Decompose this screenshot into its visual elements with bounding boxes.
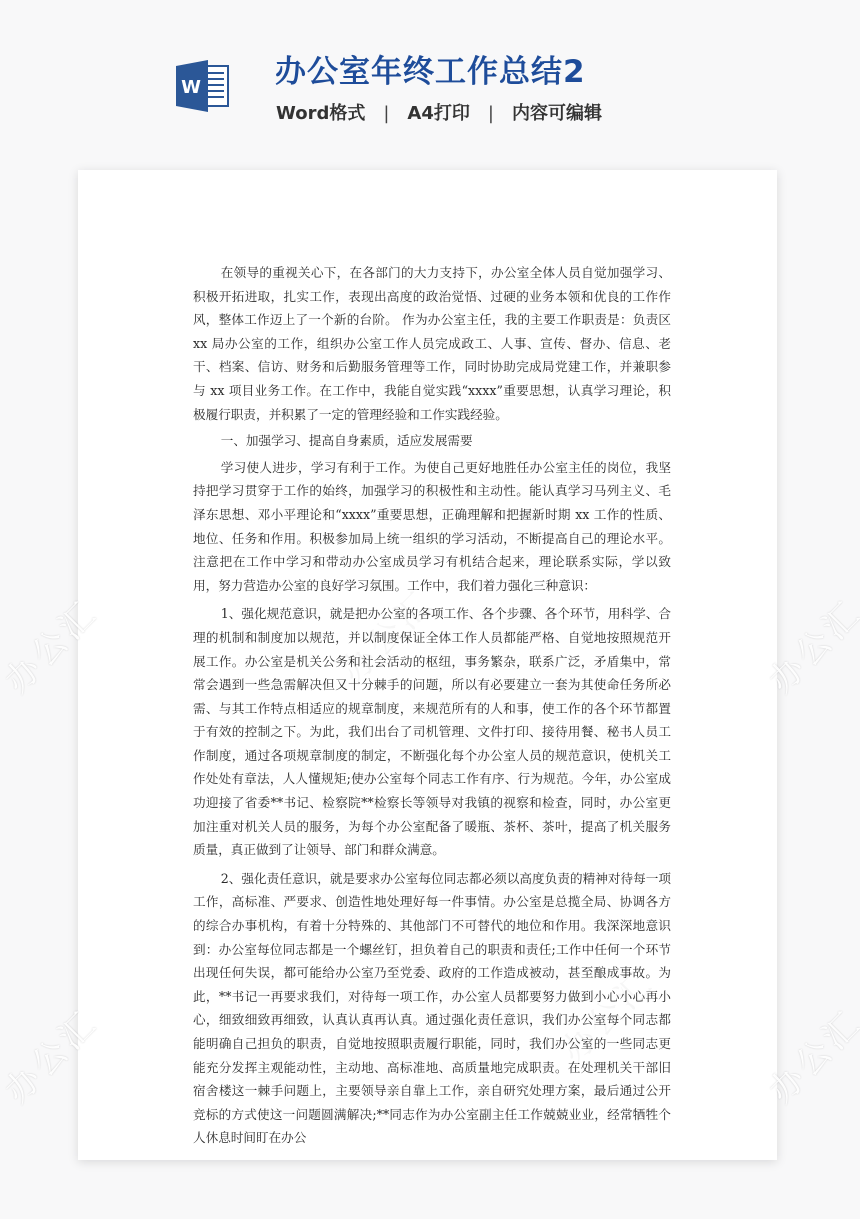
word-icon-letter: W [181,77,201,98]
tag-separator: | [488,100,494,128]
paragraph-item-1: 1、强化规范意识，就是把办公室的各项工作、各个步骤、各个环节，用科学、合理的机制… [193,602,671,862]
paragraph-study: 学习使人进步，学习有利于工作。为使自己更好地胜任办公室主任的岗位，我坚持把学习贯… [193,456,671,598]
document-header: W 办公室年终工作总结2 Word格式|A4打印|内容可编辑 [0,0,860,160]
page-title: 办公室年终工作总结2 [275,52,586,92]
word-document-icon: W [176,60,230,112]
tag-word-format: Word格式 [276,103,365,124]
tag-separator: | [383,100,389,128]
tag-a4-print: A4打印 [407,103,469,124]
paragraph-intro: 在领导的重视关心下，在各部门的大力支持下，办公室全体人员自觉加强学习、积极开拓进… [193,261,671,426]
format-tags: Word格式|A4打印|内容可编辑 [276,100,602,128]
document-body: 在领导的重视关心下，在各部门的大力支持下，办公室全体人员自觉加强学习、积极开拓进… [193,261,671,1150]
tag-editable: 内容可编辑 [512,103,602,124]
section-heading: 一、加强学习、提高自身素质，适应发展需要 [193,429,671,453]
paragraph-item-2: 2、强化责任意识，就是要求办公室每位同志都必须以高度负责的精神对待每一项工作，高… [193,867,671,1150]
document-page: 在领导的重视关心下，在各部门的大力支持下，办公室全体人员自觉加强学习、积极开拓进… [78,170,777,1160]
